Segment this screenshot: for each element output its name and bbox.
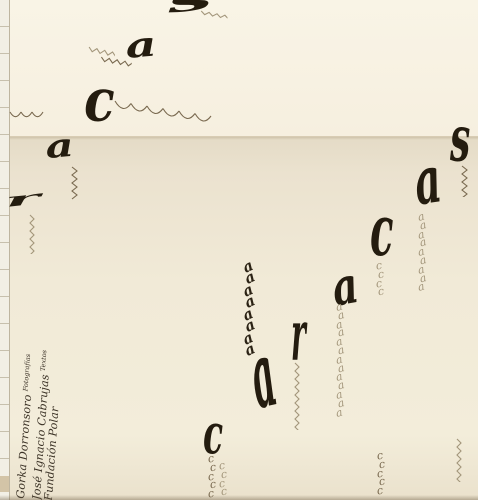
- letter-c: c: [370, 196, 393, 266]
- trail-zigzag: [461, 165, 469, 201]
- letter-r: r: [4, 188, 41, 210]
- book-cover: sacarcaracasaaaaaaaacccccccccaaaaaaaaaaa…: [0, 0, 478, 500]
- letter-c: c: [84, 71, 115, 130]
- corner-tab: [0, 476, 9, 492]
- letter-trail-c: ccccc: [209, 455, 215, 499]
- trail-glyph: c: [377, 288, 385, 298]
- letter-r: r: [291, 301, 306, 371]
- letter-s: s: [450, 108, 470, 171]
- bottom-edge-shadow: [0, 495, 478, 500]
- letter-trail-a: aaaaaaaaaaaaa: [337, 303, 344, 417]
- trail-zigzag: [456, 438, 463, 486]
- ruled-edge-strip: [0, 0, 10, 500]
- trail-zigzag: [71, 166, 79, 204]
- letter-trail-c: cccc: [220, 462, 226, 497]
- letter-trail-c: ccccc: [378, 452, 384, 496]
- page-top-section: [0, 0, 478, 137]
- letter-trail-a: aaaaaaaaa: [419, 213, 426, 292]
- writer-role: Textos: [38, 350, 47, 372]
- trail-zigzag: [294, 362, 301, 434]
- letter-trail-c: cccc: [377, 262, 383, 297]
- trail-scallop: [9, 107, 44, 126]
- letter-a: a: [44, 129, 75, 164]
- photographer-role: Fotografías: [21, 354, 32, 392]
- trail-zigzag: [29, 214, 36, 258]
- letter-trail-a: aaaaaaaa: [244, 260, 254, 356]
- trail-scallop: [114, 100, 212, 134]
